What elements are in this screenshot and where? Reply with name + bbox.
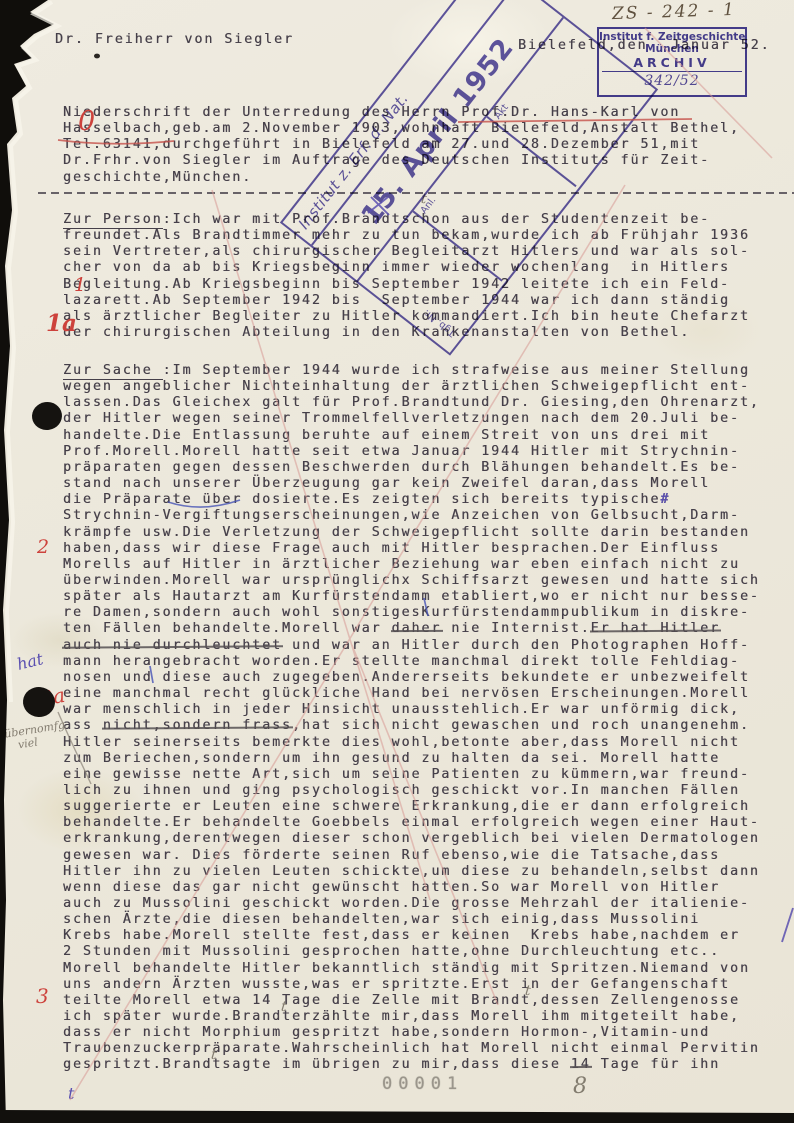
sender-line: Dr. Freiherr von Siegler bbox=[55, 32, 294, 47]
archive-stamp-city: München bbox=[599, 43, 745, 55]
typed-line: die Präparate über dosierte.Es zeigten s… bbox=[63, 492, 670, 507]
typed-line: Hitler seinerseits bemerkte dies wohl,be… bbox=[63, 735, 740, 750]
typed-line: 2 Stunden mit Mussolini gesprochen hatte… bbox=[63, 944, 720, 959]
handwritten-pencil-note-2: viel bbox=[17, 737, 38, 751]
handwritten-page-correction: 8 bbox=[573, 1076, 587, 1098]
margin-mark-3: 3 bbox=[36, 986, 49, 1006]
margin-mark-0: 0 bbox=[78, 108, 95, 135]
typed-text: der Hitler wegen seiner Trommelfellverle… bbox=[63, 411, 740, 426]
registry-stamp-cell-akt: Akt bbox=[492, 102, 510, 121]
typed-text: gespritzt.Brandtsagte im übrigen zu mir,… bbox=[63, 1057, 571, 1072]
typed-line: der chirurgischen Abteilung in den Krank… bbox=[63, 325, 690, 340]
typed-line: eine gewisse nette Art,sich um seine Pat… bbox=[63, 767, 750, 782]
typed-text: 2 Stunden mit Mussolini gesprochen hatte… bbox=[63, 944, 720, 959]
typed-text: präparaten gegen dessen Beschwerden durc… bbox=[63, 460, 740, 475]
typed-text: Hitler ihn zu vielen Leuten schickte,um … bbox=[63, 864, 760, 879]
typed-line: erkrankung,derentwegen dieser schon verg… bbox=[63, 831, 760, 846]
typed-text: lassen.Das Gleichex galt für Prof.Brandt… bbox=[63, 395, 760, 410]
typed-text: gewesen war. Dies förderte seinen Ruf eb… bbox=[63, 848, 720, 863]
pencil-t-insertion: t bbox=[210, 1048, 217, 1063]
typed-text: eine manchmal recht glückliche Hand bei … bbox=[63, 686, 750, 701]
scan-black-edge bbox=[0, 0, 54, 1123]
typed-line: Krebs habe.Morell stellte fest,dass er k… bbox=[63, 928, 740, 943]
typed-text: re Damen,sondern auch wohl sonstigesKurf… bbox=[63, 605, 750, 620]
typed-text: nosen und diese auch zugegeben.Andererse… bbox=[63, 670, 750, 685]
typed-line: teilte Morell etwa 14 Tage die Zelle mit… bbox=[63, 993, 740, 1008]
typed-line: gewesen war. Dies förderte seinen Ruf eb… bbox=[63, 848, 720, 863]
typed-text: behandelte.Er behandelte Goebbels einmal… bbox=[63, 815, 760, 830]
struck-text: auch nie durchleuchtet bbox=[63, 638, 282, 653]
typed-line: stand nach unserer Überzeugung gar kein … bbox=[63, 476, 710, 491]
typed-line: Traubenzuckerpräparate.Wahrscheinlich ha… bbox=[63, 1041, 760, 1056]
typed-text: eine gewisse nette Art,sich um seine Pat… bbox=[63, 767, 750, 782]
typed-line: Hitler ihn zu vielen Leuten schickte,um … bbox=[63, 864, 760, 879]
typed-text: suggerierte er Leuten eine schwere Erkra… bbox=[63, 799, 750, 814]
pencil-t-insertion: t bbox=[280, 1000, 287, 1015]
typed-line: suggerierte er Leuten eine schwere Erkra… bbox=[63, 799, 750, 814]
typed-line: mann herangebracht worden.Er stellte man… bbox=[63, 654, 740, 669]
typed-line: zum Beriechen,sondern um ihn gesund zu h… bbox=[63, 751, 720, 766]
margin-mark-1a: 1a bbox=[46, 312, 77, 335]
typed-text: handelte.Die Entlassung beruhte auf eine… bbox=[63, 428, 710, 443]
typed-text: Morell behandelte Hitler bekanntlich stä… bbox=[63, 961, 750, 976]
typed-line: gespritzt.Brandtsagte im übrigen zu mir,… bbox=[63, 1057, 720, 1072]
typed-text: teilte Morell etwa 14 Tage die Zelle mit… bbox=[63, 993, 740, 1008]
struck-text: Er hat Hitler bbox=[591, 621, 720, 636]
typed-line: später als Hautarzt am Kurfürstendamm et… bbox=[63, 589, 760, 604]
section-heading: Zur Sache bbox=[63, 363, 163, 380]
typed-line: auch nie durchleuchtet und war an Hitler… bbox=[63, 638, 750, 653]
typed-line: der Hitler wegen seiner Trommelfellverle… bbox=[63, 411, 740, 426]
ink-blot bbox=[30, 400, 64, 432]
typed-text: Tage für ihn bbox=[591, 1057, 720, 1072]
typed-line: Morell behandelte Hitler bekanntlich stä… bbox=[63, 961, 750, 976]
typed-text: uns andern Ärzten wusste,was er spritzte… bbox=[63, 977, 730, 992]
typed-text: Morells auf Hitler in ärztlicher Beziehu… bbox=[63, 557, 740, 572]
typed-text: Strychnin-Vergiftungserscheinungen,wie A… bbox=[63, 508, 740, 523]
typed-text: ten Fällen behandelte.Morell war bbox=[63, 621, 392, 636]
typed-text: ich später wurde.Brandterzählte mir,dass… bbox=[63, 1009, 740, 1024]
typed-line: uns andern Ärzten wusste,was er spritzte… bbox=[63, 977, 730, 992]
typed-line: Strychnin-Vergiftungserscheinungen,wie A… bbox=[63, 508, 740, 523]
typed-line: krämpfe usw.Die Verletzung der Schweigep… bbox=[63, 525, 750, 540]
margin-mark-1: 1 bbox=[74, 276, 86, 295]
typed-text: Traubenzuckerpräparate.Wahrscheinlich ha… bbox=[63, 1041, 760, 1056]
typed-line: Prof.Morell.Morell hatte seit etwa Janua… bbox=[63, 444, 740, 459]
handwritten-purple-t-bottom: t bbox=[68, 1086, 74, 1102]
typed-text: geschichte,München. bbox=[63, 170, 252, 185]
typed-text: krämpfe usw.Die Verletzung der Schweigep… bbox=[63, 525, 750, 540]
handwritten-red-word: V2a bbox=[25, 685, 67, 711]
typed-text: der chirurgischen Abteilung in den Krank… bbox=[63, 325, 690, 340]
typed-text: # bbox=[660, 492, 670, 507]
typed-line: geschichte,München. bbox=[63, 170, 252, 185]
typed-text: zum Beriechen,sondern um ihn gesund zu h… bbox=[63, 751, 720, 766]
typed-line: handelte.Die Entlassung beruhte auf eine… bbox=[63, 428, 710, 443]
typed-line: ich später wurde.Brandterzählte mir,dass… bbox=[63, 1009, 740, 1024]
typed-line: eine manchmal recht glückliche Hand bei … bbox=[63, 686, 750, 701]
typed-text: nie Internist. bbox=[441, 621, 590, 636]
typed-text: ass bbox=[63, 718, 103, 733]
typed-text: erkrankung,derentwegen dieser schon verg… bbox=[63, 831, 760, 846]
typed-text: dass er nicht Morphium gespritzt habe,so… bbox=[63, 1025, 710, 1040]
handwritten-purple-word: hat bbox=[15, 651, 44, 673]
typed-line: war menschlich in jeder Hinsicht unausst… bbox=[63, 702, 740, 717]
typed-text: stand nach unserer Überzeugung gar kein … bbox=[63, 476, 710, 491]
typed-text: Krebs habe.Morell stellte fest,dass er k… bbox=[63, 928, 740, 943]
scan-bottom-band bbox=[0, 1110, 794, 1123]
typed-line: lich zu ihnen und ging psychologisch ges… bbox=[63, 783, 740, 798]
struck-text: daher bbox=[392, 621, 442, 636]
typed-line: lassen.Das Gleichex galt für Prof.Brandt… bbox=[63, 395, 760, 410]
typed-line: schen Ärzte,die diesen behandelten,war s… bbox=[63, 912, 700, 927]
struck-text: nicht,sondern frass bbox=[103, 718, 292, 733]
typed-line: wenn diese das gar nicht gewünscht hatte… bbox=[63, 880, 720, 895]
typed-text: und war an Hitler durch den Photographen… bbox=[282, 638, 750, 653]
archive-stamp-institute: Institut f. Zeitgeschichte bbox=[599, 31, 745, 43]
typed-text: Hitler seinerseits bemerkte dies wohl,be… bbox=[63, 735, 740, 750]
typed-line: re Damen,sondern auch wohl sonstigesKurf… bbox=[63, 605, 750, 620]
torn-paper-highlight bbox=[7, 2, 58, 702]
scanned-document-page: Dr. Freiherr von Siegler Bielefeld,den J… bbox=[0, 0, 794, 1123]
typed-line: ass nicht,sondern frass,hat sich nicht g… bbox=[63, 718, 750, 733]
pencil-t-insertion: t bbox=[524, 984, 531, 999]
typed-line: wegen angeblicher Nichteinhaltung der är… bbox=[63, 379, 750, 394]
typed-text: überwinden.Morell war ursprünglichx Schi… bbox=[63, 573, 760, 588]
typed-line: Morells auf Hitler in ärztlicher Beziehu… bbox=[63, 557, 740, 572]
registry-stamp-cell-tgbnr: Tgb. Nr. bbox=[422, 307, 458, 338]
typed-line: dass er nicht Morphium gespritzt habe,so… bbox=[63, 1025, 710, 1040]
typed-text: mann herangebracht worden.Er stellte man… bbox=[63, 654, 740, 669]
margin-mark-2: 2 bbox=[37, 538, 49, 557]
typed-text: lich zu ihnen und ging psychologisch ges… bbox=[63, 783, 740, 798]
typed-text: Prof.Morell.Morell hatte seit etwa Janua… bbox=[63, 444, 740, 459]
handwritten-archive-id: ZS - 242 - 1 bbox=[612, 2, 736, 23]
typed-line: Zur Sache :Im September 1944 wurde ich s… bbox=[63, 363, 750, 378]
typed-line: behandelte.Er behandelte Goebbels einmal… bbox=[63, 815, 760, 830]
typed-text: ,hat sich nicht gewaschen und roch unang… bbox=[292, 718, 750, 733]
typed-text: die Präparate über dosierte.Es zeigten s… bbox=[63, 492, 660, 507]
typed-line: haben,dass wir diese Frage auch mit Hitl… bbox=[63, 541, 720, 556]
struck-text: 14 bbox=[571, 1057, 591, 1072]
typed-line: nosen und diese auch zugegeben.Andererse… bbox=[63, 670, 750, 685]
typed-text: später als Hautarzt am Kurfürstendamm et… bbox=[63, 589, 760, 604]
typed-text: wegen angeblicher Nichteinhaltung der är… bbox=[63, 379, 750, 394]
typed-text: wenn diese das gar nicht gewünscht hatte… bbox=[63, 880, 720, 895]
page-number-stamp: 00001 bbox=[382, 1074, 463, 1094]
typed-text: auch zu Mussolini geschickt worden.Die g… bbox=[63, 896, 750, 911]
typed-text: schen Ärzte,die diesen behandelten,war s… bbox=[63, 912, 700, 927]
ink-speck bbox=[94, 54, 100, 59]
typed-line: überwinden.Morell war ursprünglichx Schi… bbox=[63, 573, 760, 588]
typed-line: präparaten gegen dessen Beschwerden durc… bbox=[63, 460, 740, 475]
typed-text: haben,dass wir diese Frage auch mit Hitl… bbox=[63, 541, 720, 556]
typed-text: :Im September 1944 wurde ich strafweise … bbox=[163, 363, 750, 378]
typed-text: war menschlich in jeder Hinsicht unausst… bbox=[63, 702, 740, 717]
typed-line: ten Fällen behandelte.Morell war daher n… bbox=[63, 621, 720, 636]
section-heading: Zur Person bbox=[63, 212, 163, 229]
typed-line: auch zu Mussolini geschickt worden.Die g… bbox=[63, 896, 750, 911]
